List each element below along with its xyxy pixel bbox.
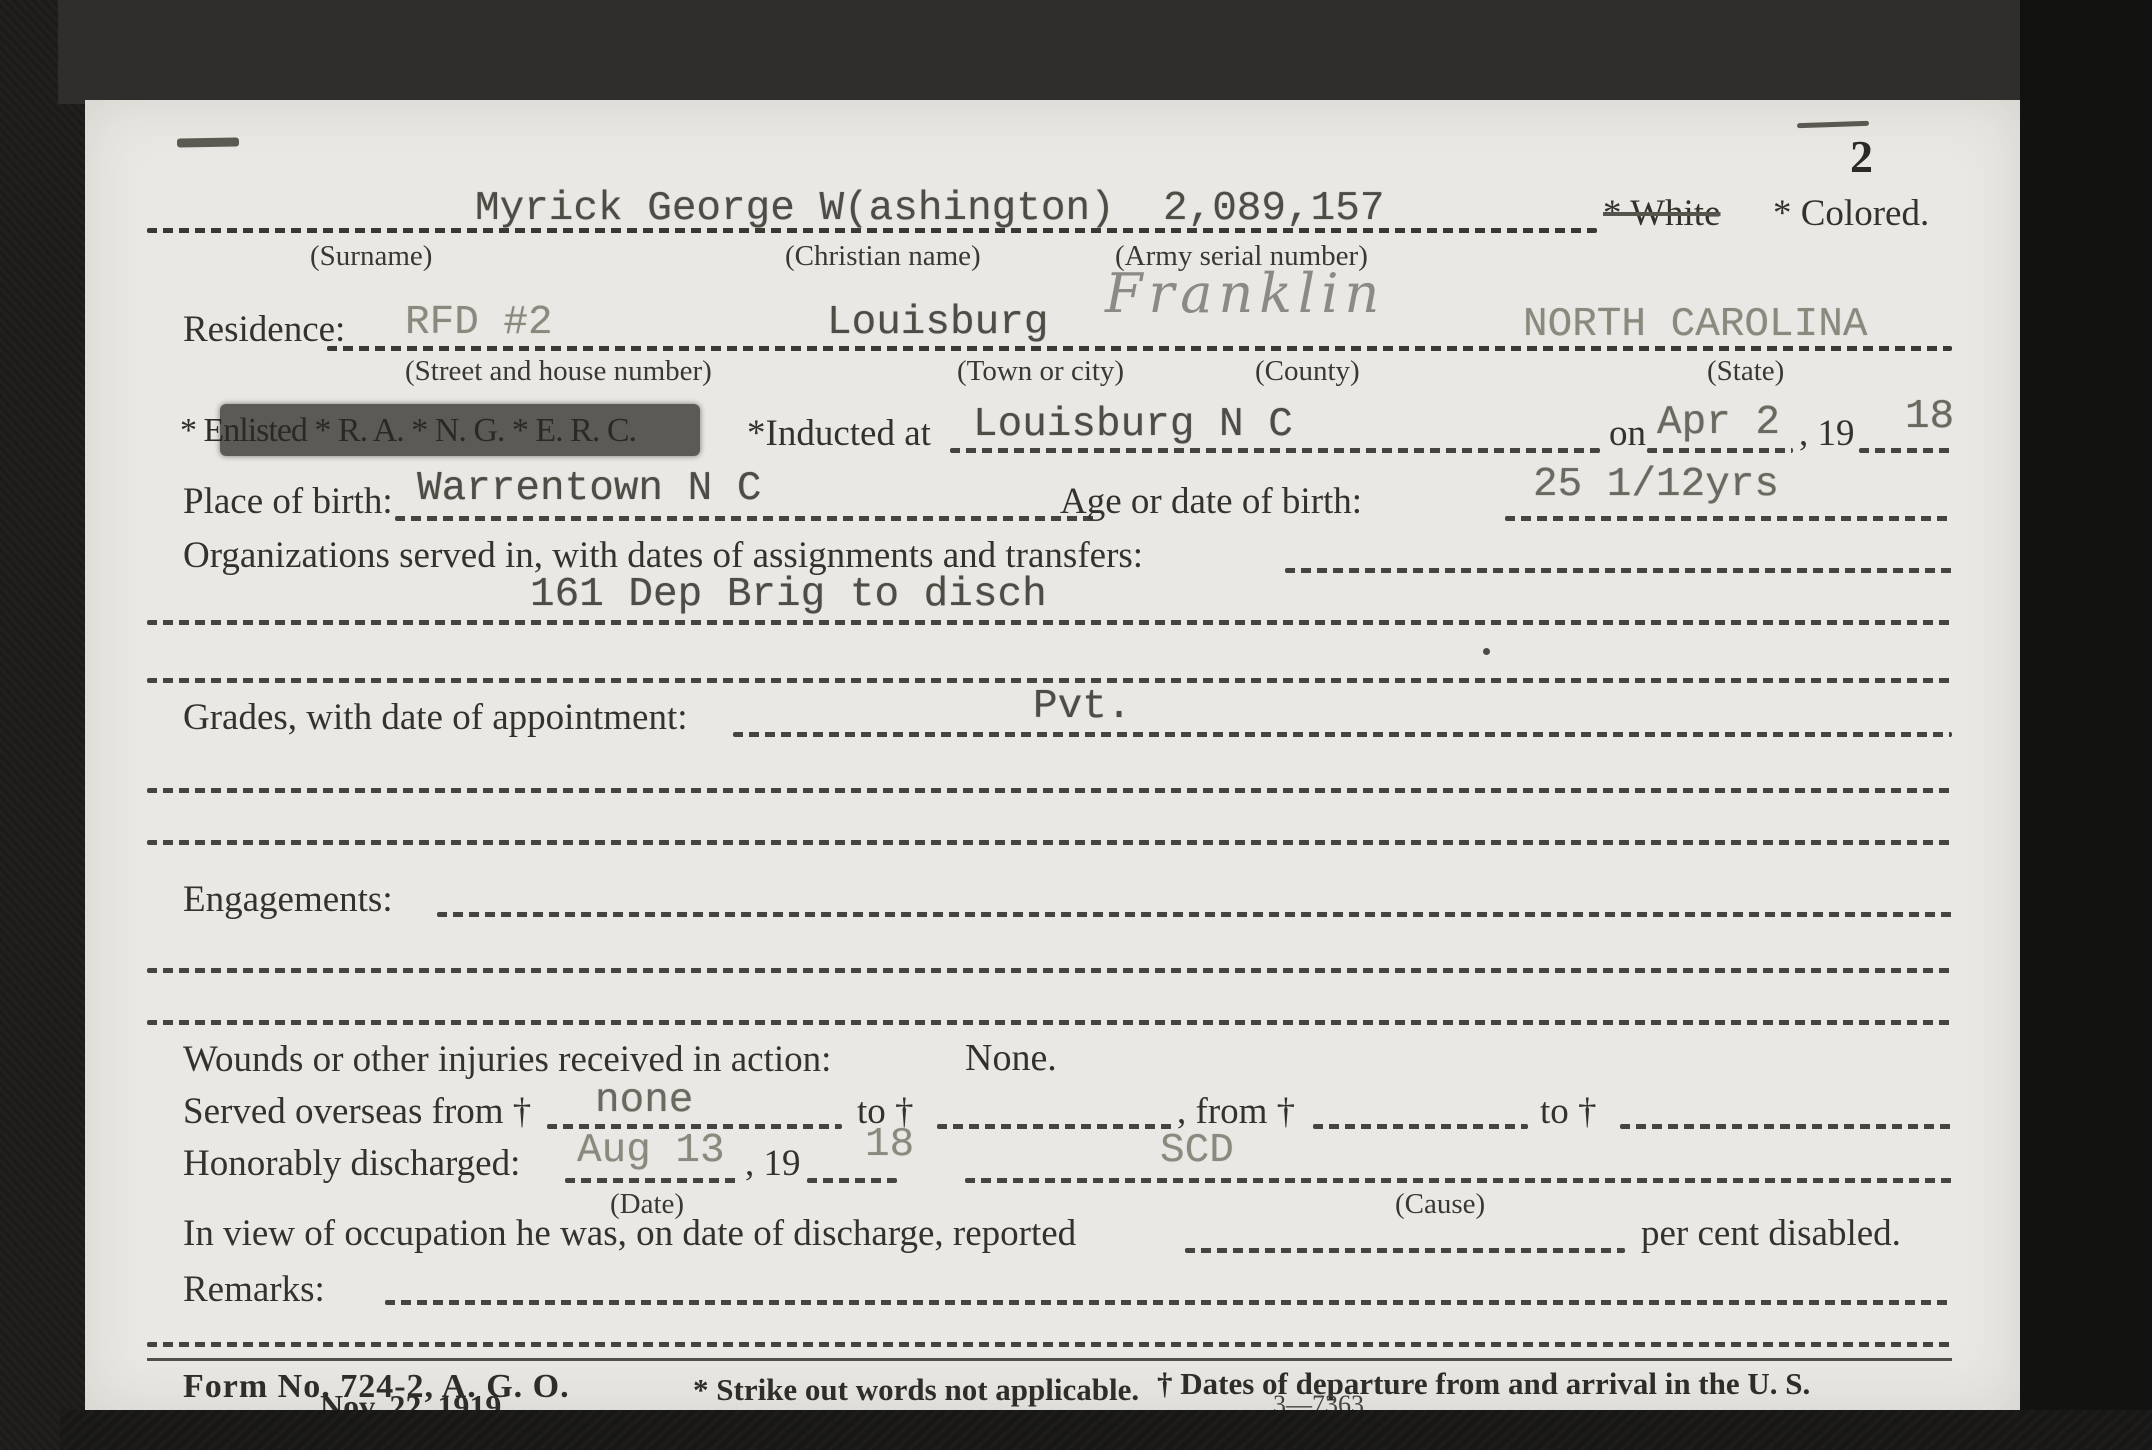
print-code: 3—7363: [1273, 1390, 1364, 1410]
race-colored-label: * Colored.: [1773, 192, 1929, 235]
discharge-date-dotted-line: [565, 1178, 737, 1183]
discharge-cause-value: SCD: [1160, 1128, 1234, 1174]
scanner-left-strip: [0, 0, 85, 1450]
disability-label: In view of occupation he was, on date of…: [183, 1212, 1076, 1255]
service-record-card: 2 Myrick George W(ashington) 2,089,157 *…: [85, 100, 2020, 1410]
inducted-place-value: Louisburg N C: [973, 402, 1293, 448]
page-number-overline: [1797, 121, 1869, 129]
form-date: Nov. 22, 1919.: [320, 1388, 509, 1410]
discharge-year-prefix: , 19: [745, 1142, 801, 1185]
town-caption: (Town or city): [957, 355, 1124, 388]
induction-year-value: 18: [1905, 394, 1954, 440]
age-value: 25 1/12yrs: [1533, 462, 1779, 508]
scanner-right-band: [2020, 0, 2152, 1450]
organizations-dotted-line-3: [147, 678, 1952, 683]
engagements-label: Engagements:: [183, 878, 393, 921]
engagements-dotted-line-1: [437, 912, 1952, 917]
engagements-dotted-line-3: [147, 1020, 1952, 1025]
age-of-birth-label: Age or date of birth:: [1060, 480, 1362, 523]
discharge-year-value: 18: [865, 1122, 914, 1168]
name-value: Myrick George W(ashington): [475, 186, 1115, 232]
remarks-label: Remarks:: [183, 1268, 325, 1311]
inducted-at-label: *Inducted at: [747, 412, 931, 455]
page-number: 2: [1850, 130, 1873, 183]
scanner-bottom-band: [60, 1410, 2152, 1450]
discharge-year-dotted-line: [807, 1178, 897, 1183]
residence-town-value: Louisburg: [827, 300, 1048, 346]
state-caption: (State): [1707, 355, 1784, 388]
discharge-cause-dotted-line: [965, 1178, 1952, 1183]
serial-number-value: 2,089,157: [1163, 186, 1384, 232]
grades-dotted-line-1: [733, 732, 1952, 737]
scanned-service-record: 2 Myrick George W(ashington) 2,089,157 *…: [0, 0, 2152, 1450]
scanner-top-band: [58, 0, 2033, 104]
grades-dotted-line-3: [147, 840, 1952, 845]
stray-ink-dot: [1483, 648, 1490, 655]
christian-name-caption: (Christian name): [785, 240, 981, 273]
place-of-birth-label: Place of birth:: [183, 480, 393, 523]
wounds-value: None.: [965, 1036, 1057, 1080]
grades-dotted-line-2: [147, 788, 1952, 793]
redaction-bar: [220, 404, 700, 456]
induction-year-dotted-line: [1859, 448, 1952, 453]
organizations-dotted-line-1: [1285, 568, 1952, 573]
grades-label: Grades, with date of appointment:: [183, 696, 688, 739]
ink-smudge-mark: [177, 137, 239, 147]
induction-year-prefix: , 19: [1799, 412, 1855, 455]
organizations-label: Organizations served in, with dates of a…: [183, 534, 1143, 577]
place-of-birth-dotted-line: [395, 516, 1095, 521]
overseas-label: Served overseas from †: [183, 1090, 531, 1133]
discharged-label: Honorably discharged:: [183, 1142, 520, 1185]
discharge-date-value: Aug 13: [577, 1128, 725, 1174]
age-dotted-line: [1505, 516, 1952, 521]
inducted-on-label: on: [1609, 412, 1646, 455]
organizations-value: 161 Dep Brig to disch: [530, 572, 1047, 618]
overseas-dotted-line-2: [937, 1124, 1172, 1129]
overseas-from2-label: , from †: [1177, 1090, 1295, 1133]
wounds-label: Wounds or other injuries received in act…: [183, 1038, 831, 1081]
surname-caption: (Surname): [310, 240, 432, 273]
residence-label: Residence:: [183, 308, 345, 351]
engagements-dotted-line-2: [147, 968, 1952, 973]
residence-state-value: NORTH CAROLINA: [1523, 302, 1867, 348]
footer-rule-line: [147, 1358, 1952, 1361]
induction-date-value: Apr 2: [1657, 400, 1780, 446]
induction-date-dotted-line: [1647, 448, 1793, 453]
disability-dotted-line: [1185, 1248, 1625, 1253]
strike-out-footnote: * Strike out words not applicable.: [693, 1372, 1139, 1408]
county-caption: (County): [1255, 355, 1360, 388]
street-caption: (Street and house number): [405, 355, 712, 388]
residence-street-value: RFD #2: [405, 300, 553, 346]
organizations-dotted-line-2: [147, 620, 1952, 625]
grades-value: Pvt.: [1033, 684, 1131, 730]
disability-suffix-label: per cent disabled.: [1641, 1212, 1901, 1255]
place-of-birth-value: Warrentown N C: [417, 466, 761, 512]
remarks-dotted-line-1: [385, 1300, 1952, 1305]
residence-county-handwritten: Franklin: [1105, 262, 1385, 325]
inducted-place-dotted-line: [950, 448, 1600, 453]
race-white-label: * White: [1603, 192, 1721, 235]
overseas-dotted-line-4: [1620, 1124, 1952, 1129]
overseas-from1-value: none: [595, 1078, 693, 1124]
remarks-dotted-line-2: [147, 1342, 1952, 1347]
overseas-dotted-line-3: [1313, 1124, 1528, 1129]
overseas-to2-label: to †: [1540, 1090, 1597, 1133]
dagger-footnote: † Dates of departure from and arrival in…: [1157, 1366, 1810, 1402]
cause-caption: (Cause): [1395, 1188, 1485, 1221]
